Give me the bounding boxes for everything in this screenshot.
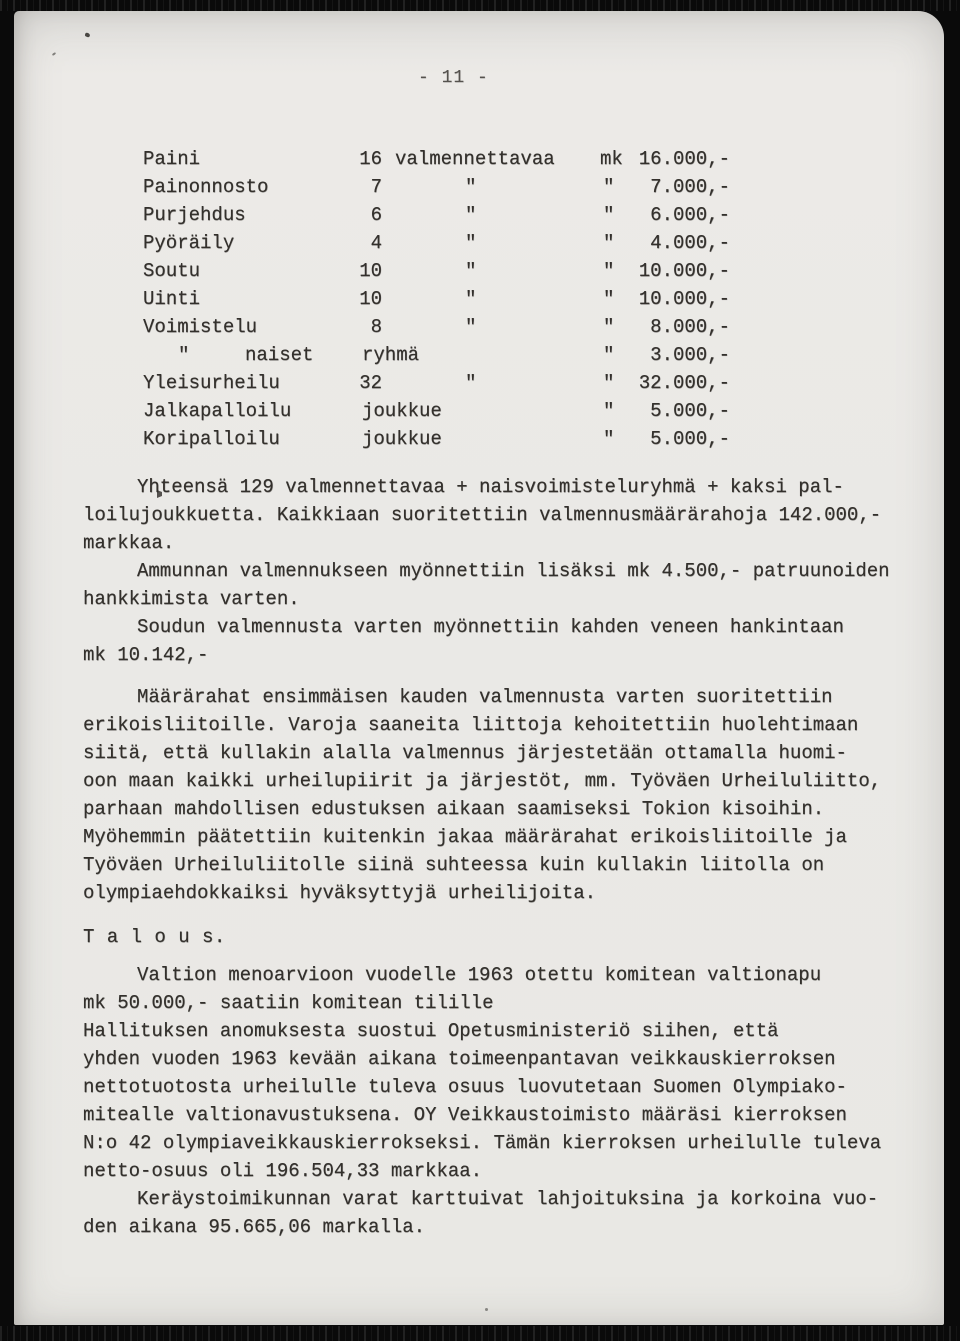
text-line: N:o 42 olympiaveikkauskierrokseksi. Tämä… bbox=[83, 1129, 944, 1157]
paragraph: Määrärahat ensimmäisen kauden valmennust… bbox=[83, 683, 944, 907]
paragraph: Valtion menoarvioon vuodelle 1963 otettu… bbox=[83, 961, 944, 1185]
table-row: Koripalloilujoukkue"5.000,- bbox=[14, 425, 944, 453]
text-line: Myöhemmin päätettiin kuitenkin jakaa mää… bbox=[83, 823, 944, 851]
paragraph: Soudun valmennusta varten myönnettiin ka… bbox=[83, 613, 944, 669]
cell-amount: 16.000,- bbox=[639, 145, 730, 173]
text-line: Hallituksen anomuksesta suostui Opetusmi… bbox=[83, 1017, 944, 1045]
cell-unit: " bbox=[465, 313, 476, 341]
cell-count: ryhmä bbox=[362, 341, 419, 369]
allocation-table: Paini16valmennettavaamk16.000,-Painonnos… bbox=[14, 145, 944, 453]
cell-currency: " bbox=[603, 397, 614, 425]
text-line: Työväen Urheiluliitolle siinä suhteessa … bbox=[83, 851, 944, 879]
cell-amount: 32.000,- bbox=[639, 369, 730, 397]
cell-sport: " bbox=[178, 341, 189, 369]
table-row: Paini16valmennettavaamk16.000,- bbox=[14, 145, 944, 173]
cell-sport: Soutu bbox=[143, 257, 200, 285]
cell-amount: 7.000,- bbox=[650, 173, 730, 201]
table-row: Soutu10""10.000,- bbox=[14, 257, 944, 285]
paragraph: Keräystoimikunnan varat karttuivat lahjo… bbox=[83, 1185, 944, 1241]
cell-count: 4 bbox=[371, 229, 382, 257]
cell-count: 16 bbox=[359, 145, 382, 173]
cell-sport: Voimistelu bbox=[143, 313, 257, 341]
paragraph: Yhteensä 129 valmennettavaa + naisvoimis… bbox=[83, 473, 944, 557]
cell-currency: " bbox=[603, 173, 614, 201]
cell-sport: Uinti bbox=[143, 285, 200, 313]
text-line: hankkimista varten. bbox=[83, 585, 944, 613]
text-line: parhaan mahdollisen edustuksen aikaan sa… bbox=[83, 795, 944, 823]
cell-currency: " bbox=[603, 425, 614, 453]
text-line: Soudun valmennusta varten myönnettiin ka… bbox=[83, 613, 944, 641]
ink-speck bbox=[84, 32, 90, 37]
cell-amount: 4.000,- bbox=[650, 229, 730, 257]
text-line: mk 50.000,- saatiin komitean tilille bbox=[83, 989, 944, 1017]
text-line: netto-osuus oli 196.504,33 markkaa. bbox=[83, 1157, 944, 1185]
cell-amount: 5.000,- bbox=[650, 397, 730, 425]
text-line: den aikana 95.665,06 markalla. bbox=[83, 1213, 944, 1241]
scanned-document: { "page": { "number_label": "- 11 -" }, … bbox=[0, 0, 960, 1341]
cell-unit: " bbox=[465, 369, 476, 397]
text-line: erikoisliitoille. Varoja saaneita liitto… bbox=[83, 711, 944, 739]
ink-speck bbox=[157, 490, 167, 498]
cell-unit: " bbox=[465, 229, 476, 257]
page-content: Paini16valmennettavaamk16.000,-Painonnos… bbox=[14, 145, 944, 1241]
text-line: oon maan kaikki urheilupiirit ja järjest… bbox=[83, 767, 944, 795]
cell-unit: " bbox=[465, 201, 476, 229]
table-row: Purjehdus6""6.000,- bbox=[14, 201, 944, 229]
table-row: Pyöräily4""4.000,- bbox=[14, 229, 944, 257]
cell-sport: Purjehdus bbox=[143, 201, 246, 229]
cell-currency: " bbox=[603, 257, 614, 285]
cell-amount: 10.000,- bbox=[639, 257, 730, 285]
scan-border-bottom bbox=[0, 1326, 960, 1341]
paragraph: Ammunnan valmennukseen myönnettiin lisäk… bbox=[83, 557, 944, 613]
text-line: Ammunnan valmennukseen myönnettiin lisäk… bbox=[83, 557, 944, 585]
cell-unit: " bbox=[465, 257, 476, 285]
cell-count: 32 bbox=[359, 369, 382, 397]
table-row: Yleisurheilu32""32.000,- bbox=[14, 369, 944, 397]
cell-amount: 3.000,- bbox=[650, 341, 730, 369]
text-line: loilujoukkuetta. Kaikkiaan suoritettiin … bbox=[83, 501, 944, 529]
cell-amount: 6.000,- bbox=[650, 201, 730, 229]
cell-count: joukkue bbox=[362, 425, 442, 453]
text-line: nettotuotosta urheilulle tuleva osuus lu… bbox=[83, 1073, 944, 1101]
cell-unit: valmennettavaa bbox=[395, 145, 555, 173]
cell-sport: Jalkapalloilu bbox=[143, 397, 291, 425]
document-page: - 11 - Paini16valmennettavaamk16.000,-Pa… bbox=[14, 11, 944, 1325]
text-line: olympiaehdokkaiksi hyväksyttyjä urheilij… bbox=[83, 879, 944, 907]
ink-speck bbox=[52, 52, 56, 56]
section-heading: T a l o u s. bbox=[83, 923, 944, 951]
cell-currency: " bbox=[603, 229, 614, 257]
cell-sport: Pyöräily bbox=[143, 229, 234, 257]
text-line: Keräystoimikunnan varat karttuivat lahjo… bbox=[83, 1185, 944, 1213]
cell-amount: 5.000,- bbox=[650, 425, 730, 453]
text-line: Yhteensä 129 valmennettavaa + naisvoimis… bbox=[83, 473, 944, 501]
cell-count: joukkue bbox=[362, 397, 442, 425]
cell-currency: mk bbox=[600, 145, 623, 173]
cell-count: 8 bbox=[371, 313, 382, 341]
cell-sport: Paini bbox=[143, 145, 200, 173]
cell-unit: " bbox=[465, 285, 476, 313]
cell-unit: " bbox=[465, 173, 476, 201]
cell-currency: " bbox=[603, 341, 614, 369]
text-line: Valtion menoarvioon vuodelle 1963 otettu… bbox=[83, 961, 944, 989]
text-line: siitä, että kullakin alalla valmennus jä… bbox=[83, 739, 944, 767]
cell-count: 10 bbox=[359, 257, 382, 285]
cell-sport: Painonnosto bbox=[143, 173, 268, 201]
page-number: - 11 - bbox=[418, 68, 489, 88]
cell-sport-extra: naiset bbox=[245, 341, 313, 369]
text-line: yhden vuoden 1963 kevään aikana toimeenp… bbox=[83, 1045, 944, 1073]
text-line: T a l o u s. bbox=[83, 923, 944, 951]
cell-currency: " bbox=[603, 285, 614, 313]
document-body: Yhteensä 129 valmennettavaa + naisvoimis… bbox=[14, 473, 944, 1241]
cell-amount: 8.000,- bbox=[650, 313, 730, 341]
table-row: Uinti10""10.000,- bbox=[14, 285, 944, 313]
table-row: Jalkapalloilujoukkue"5.000,- bbox=[14, 397, 944, 425]
cell-count: 7 bbox=[371, 173, 382, 201]
cell-currency: " bbox=[603, 201, 614, 229]
text-line: mitealle valtionavustuksena. OY Veikkaus… bbox=[83, 1101, 944, 1129]
cell-sport: Yleisurheilu bbox=[143, 369, 280, 397]
text-line: Määrärahat ensimmäisen kauden valmennust… bbox=[83, 683, 944, 711]
table-row: Painonnosto7""7.000,- bbox=[14, 173, 944, 201]
table-row: "naisetryhmä"3.000,- bbox=[14, 341, 944, 369]
cell-currency: " bbox=[603, 369, 614, 397]
cell-sport: Koripalloilu bbox=[143, 425, 280, 453]
text-line: markkaa. bbox=[83, 529, 944, 557]
ink-speck bbox=[485, 1308, 488, 1311]
table-row: Voimistelu8""8.000,- bbox=[14, 313, 944, 341]
cell-amount: 10.000,- bbox=[639, 285, 730, 313]
text-line: mk 10.142,- bbox=[83, 641, 944, 669]
cell-count: 10 bbox=[359, 285, 382, 313]
scan-border-top bbox=[0, 0, 960, 11]
cell-currency: " bbox=[603, 313, 614, 341]
cell-count: 6 bbox=[371, 201, 382, 229]
